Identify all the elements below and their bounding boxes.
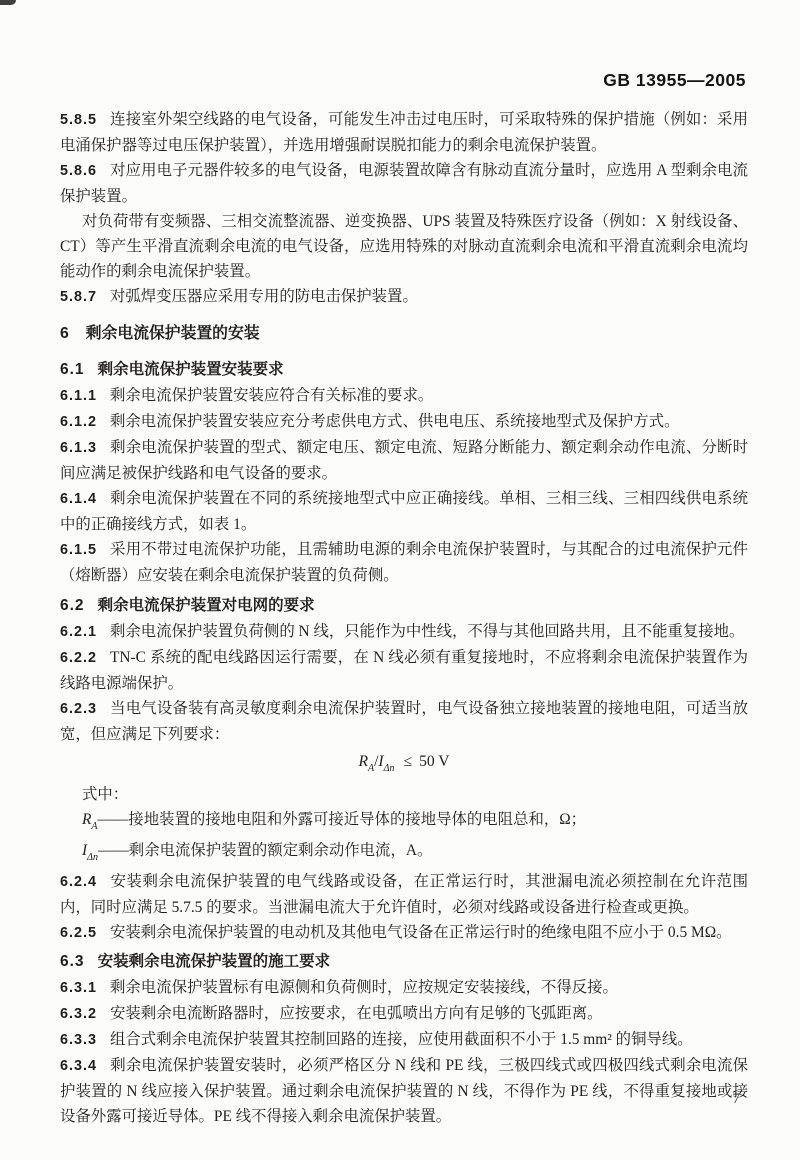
clause-number: 6.3.1	[60, 980, 97, 996]
clause-number: 5.8.5	[60, 112, 97, 128]
clause-text: 安装剩余电流保护装置的电动机及其他电气设备在正常运行时的绝缘电阻不应小于 0.5…	[110, 924, 732, 941]
page-number: 7	[733, 1091, 741, 1108]
clause-5-8-6: 5.8.6对应用电子元器件较多的电气设备，电源装置故障含有脉动直流分量时，应选用…	[60, 158, 748, 209]
section-number: 6	[60, 325, 70, 342]
clause-text: 对应用电子元器件较多的电气设备，电源装置故障含有脉动直流分量时，应选用 A 型剩…	[60, 162, 748, 205]
symbol-subscript-a: A	[91, 821, 97, 832]
subsection-heading-6-3: 6.3安装剩余电流保护装置的施工要求	[60, 949, 748, 974]
formula-value: 50 V	[419, 753, 449, 770]
clause-number: 6.3.2	[60, 1006, 97, 1022]
formula-subscript-a: A	[368, 763, 374, 774]
subsection-heading-6-2: 6.2剩余电流保护装置对电网的要求	[60, 593, 748, 618]
clause-number: 6.1.1	[60, 388, 97, 404]
clause-text: 连接室外架空线路的电气设备，可能发生冲击过电压时，可采取特殊的保护措施（例如：采…	[60, 111, 748, 154]
formula-variable-ra: R	[358, 753, 368, 770]
clause-number: 6.3.3	[60, 1032, 97, 1048]
clause-text: 剩余电流保护装置安装时，必须严格区分 N 线和 PE 线，三极四线式或四极四线式…	[60, 1057, 748, 1125]
clause-text: 剩余电流保护装置的型式、额定电压、额定电流、短路分断能力、额定剩余动作电流、分断…	[60, 439, 748, 482]
clause-6-1-5: 6.1.5采用不带过电流保护功能，且需辅助电源的剩余电流保护装置时，与其配合的过…	[60, 537, 748, 588]
section-number: 6.1	[60, 361, 85, 378]
formula-variable-idn: I	[378, 753, 383, 770]
clause-6-3-2: 6.3.2安装剩余电流断路器时，应按要求，在电弧喷出方向有足够的飞弧距离。	[60, 1001, 748, 1027]
clause-text: 剩余电流保护装置在不同的系统接地型式中应正确接线。单相、三相三线、三相四线供电系…	[60, 490, 748, 533]
clause-number: 6.3.4	[60, 1058, 97, 1074]
clause-text: 采用不带过电流保护功能，且需辅助电源的剩余电流保护装置时，与其配合的过电流保护元…	[60, 541, 748, 584]
clause-number: 6.1.2	[60, 414, 97, 430]
section-title: 剩余电流保护装置对电网的要求	[98, 597, 315, 614]
clause-text: 当电气设备装有高灵敏度剩余电流保护装置时，电气设备独立接地装置的接地电阻，可适当…	[60, 700, 748, 743]
clause-6-3-1: 6.3.1剩余电流保护装置标有电源侧和负荷侧时，应按规定安装接线，不得反接。	[60, 975, 748, 1001]
clause-number: 6.1.3	[60, 440, 97, 456]
definition-idn: IΔn——剩余电流保护装置的额定剩余动作电流，A。	[60, 838, 748, 869]
definition-dash: ——	[98, 811, 129, 828]
formula-subscript-dn: Δn	[384, 763, 395, 774]
clause-6-1-1: 6.1.1剩余电流保护装置安装应符合有关标准的要求。	[60, 383, 748, 409]
document-body: 5.8.5连接室外架空线路的电气设备，可能发生冲击过电压时，可采取特殊的保护措施…	[60, 107, 748, 1129]
clause-text: TN-C 系统的配电线路因运行需要，在 N 线必须有重复接地时，不应将剩余电流保…	[60, 649, 748, 692]
clause-text: 安装剩余电流断路器时，应按要求，在电弧喷出方向有足够的飞弧距离。	[110, 1005, 603, 1022]
formula-operator: ≤	[404, 753, 413, 770]
paragraph-load-equipment: 对负荷带有变频器、三相交流整流器、逆变换器、UPS 装置及特殊医疗设备（例如：X…	[60, 209, 748, 284]
clause-5-8-5: 5.8.5连接室外架空线路的电气设备，可能发生冲击过电压时，可采取特殊的保护措施…	[60, 107, 748, 158]
clause-6-1-4: 6.1.4剩余电流保护装置在不同的系统接地型式中应正确接线。单相、三相三线、三相…	[60, 486, 748, 537]
clause-6-2-2: 6.2.2TN-C 系统的配电线路因运行需要，在 N 线必须有重复接地时，不应将…	[60, 645, 748, 696]
clause-number: 6.2.1	[60, 624, 97, 640]
clause-number: 5.8.7	[60, 289, 97, 305]
symbol-subscript-dn: Δn	[87, 852, 98, 863]
clause-text: 剩余电流保护装置标有电源侧和负荷侧时，应按规定安装接线，不得反接。	[110, 979, 618, 996]
clause-6-3-4: 6.3.4剩余电流保护装置安装时，必须严格区分 N 线和 PE 线，三极四线式或…	[60, 1053, 748, 1129]
clause-text: 组合式剩余电流保护装置其控制回路的连接，应使用截面积不小于 1.5 mm² 的铜…	[110, 1031, 693, 1048]
section-title: 剩余电流保护装置安装要求	[98, 361, 284, 378]
clause-6-2-3: 6.2.3当电气设备装有高灵敏度剩余电流保护装置时，电气设备独立接地装置的接地电…	[60, 696, 748, 747]
clause-number: 6.2.3	[60, 701, 97, 717]
clause-number: 6.2.5	[60, 925, 97, 941]
clause-text: 剩余电流保护装置安装应符合有关标准的要求。	[110, 387, 433, 404]
formula-touch-voltage-limit: RA/IΔn≤50 V	[60, 749, 748, 780]
where-text: 式中：	[82, 786, 128, 803]
clause-number: 6.2.4	[60, 874, 97, 890]
document-page: GB 13955—2005 5.8.5连接室外架空线路的电气设备，可能发生冲击过…	[0, 0, 800, 1160]
definition-dash: ——	[98, 842, 129, 859]
scan-corner-artifact	[0, 0, 16, 5]
definition-text: 接地装置的接地电阻和外露可接近导体的接地导体的电阻总和，Ω；	[128, 811, 586, 828]
clause-text: 安装剩余电流保护装置的电气线路或设备，在正常运行时，其泄漏电流必须控制在允许范围…	[60, 873, 748, 916]
clause-6-1-2: 6.1.2剩余电流保护装置安装应充分考虑供电方式、供电电压、系统接地型式及保护方…	[60, 409, 748, 435]
subsection-heading-6-1: 6.1剩余电流保护装置安装要求	[60, 357, 748, 382]
section-number: 6.3	[60, 953, 85, 970]
clause-6-3-3: 6.3.3组合式剩余电流保护装置其控制回路的连接，应使用截面积不小于 1.5 m…	[60, 1027, 748, 1053]
formula-where-label: 式中：	[60, 782, 748, 807]
clause-5-8-7: 5.8.7对弧焊变压器应采用专用的防电击保护装置。	[60, 284, 748, 310]
section-title: 剩余电流保护装置的安装	[86, 325, 260, 342]
clause-number: 6.1.5	[60, 542, 97, 558]
symbol-ra: R	[82, 811, 91, 828]
clause-number: 6.2.2	[60, 650, 97, 666]
standard-number-header: GB 13955—2005	[603, 70, 746, 91]
clause-text: 剩余电流保护装置负荷侧的 N 线，只能作为中性线，不得与其他回路共用，且不能重复…	[110, 623, 744, 640]
clause-number: 6.1.4	[60, 491, 97, 507]
clause-6-2-1: 6.2.1剩余电流保护装置负荷侧的 N 线，只能作为中性线，不得与其他回路共用，…	[60, 619, 748, 645]
section-heading-6: 6剩余电流保护装置的安装	[60, 321, 748, 346]
section-number: 6.2	[60, 597, 85, 614]
clause-text: 对弧焊变压器应采用专用的防电击保护装置。	[110, 288, 418, 305]
clause-6-1-3: 6.1.3剩余电流保护装置的型式、额定电压、额定电流、短路分断能力、额定剩余动作…	[60, 435, 748, 486]
section-title: 安装剩余电流保护装置的施工要求	[98, 953, 331, 970]
clause-6-2-4: 6.2.4安装剩余电流保护装置的电气线路或设备，在正常运行时，其泄漏电流必须控制…	[60, 869, 748, 920]
clause-number: 5.8.6	[60, 163, 97, 179]
definition-text: 剩余电流保护装置的额定剩余动作电流，A。	[129, 842, 433, 859]
clause-text: 剩余电流保护装置安装应充分考虑供电方式、供电电压、系统接地型式及保护方式。	[110, 413, 679, 430]
definition-ra: RA——接地装置的接地电阻和外露可接近导体的接地导体的电阻总和，Ω；	[60, 807, 748, 838]
clause-6-2-5: 6.2.5安装剩余电流保护装置的电动机及其他电气设备在正常运行时的绝缘电阻不应小…	[60, 920, 748, 946]
paragraph-text: 对负荷带有变频器、三相交流整流器、逆变换器、UPS 装置及特殊医疗设备（例如：X…	[60, 213, 748, 280]
